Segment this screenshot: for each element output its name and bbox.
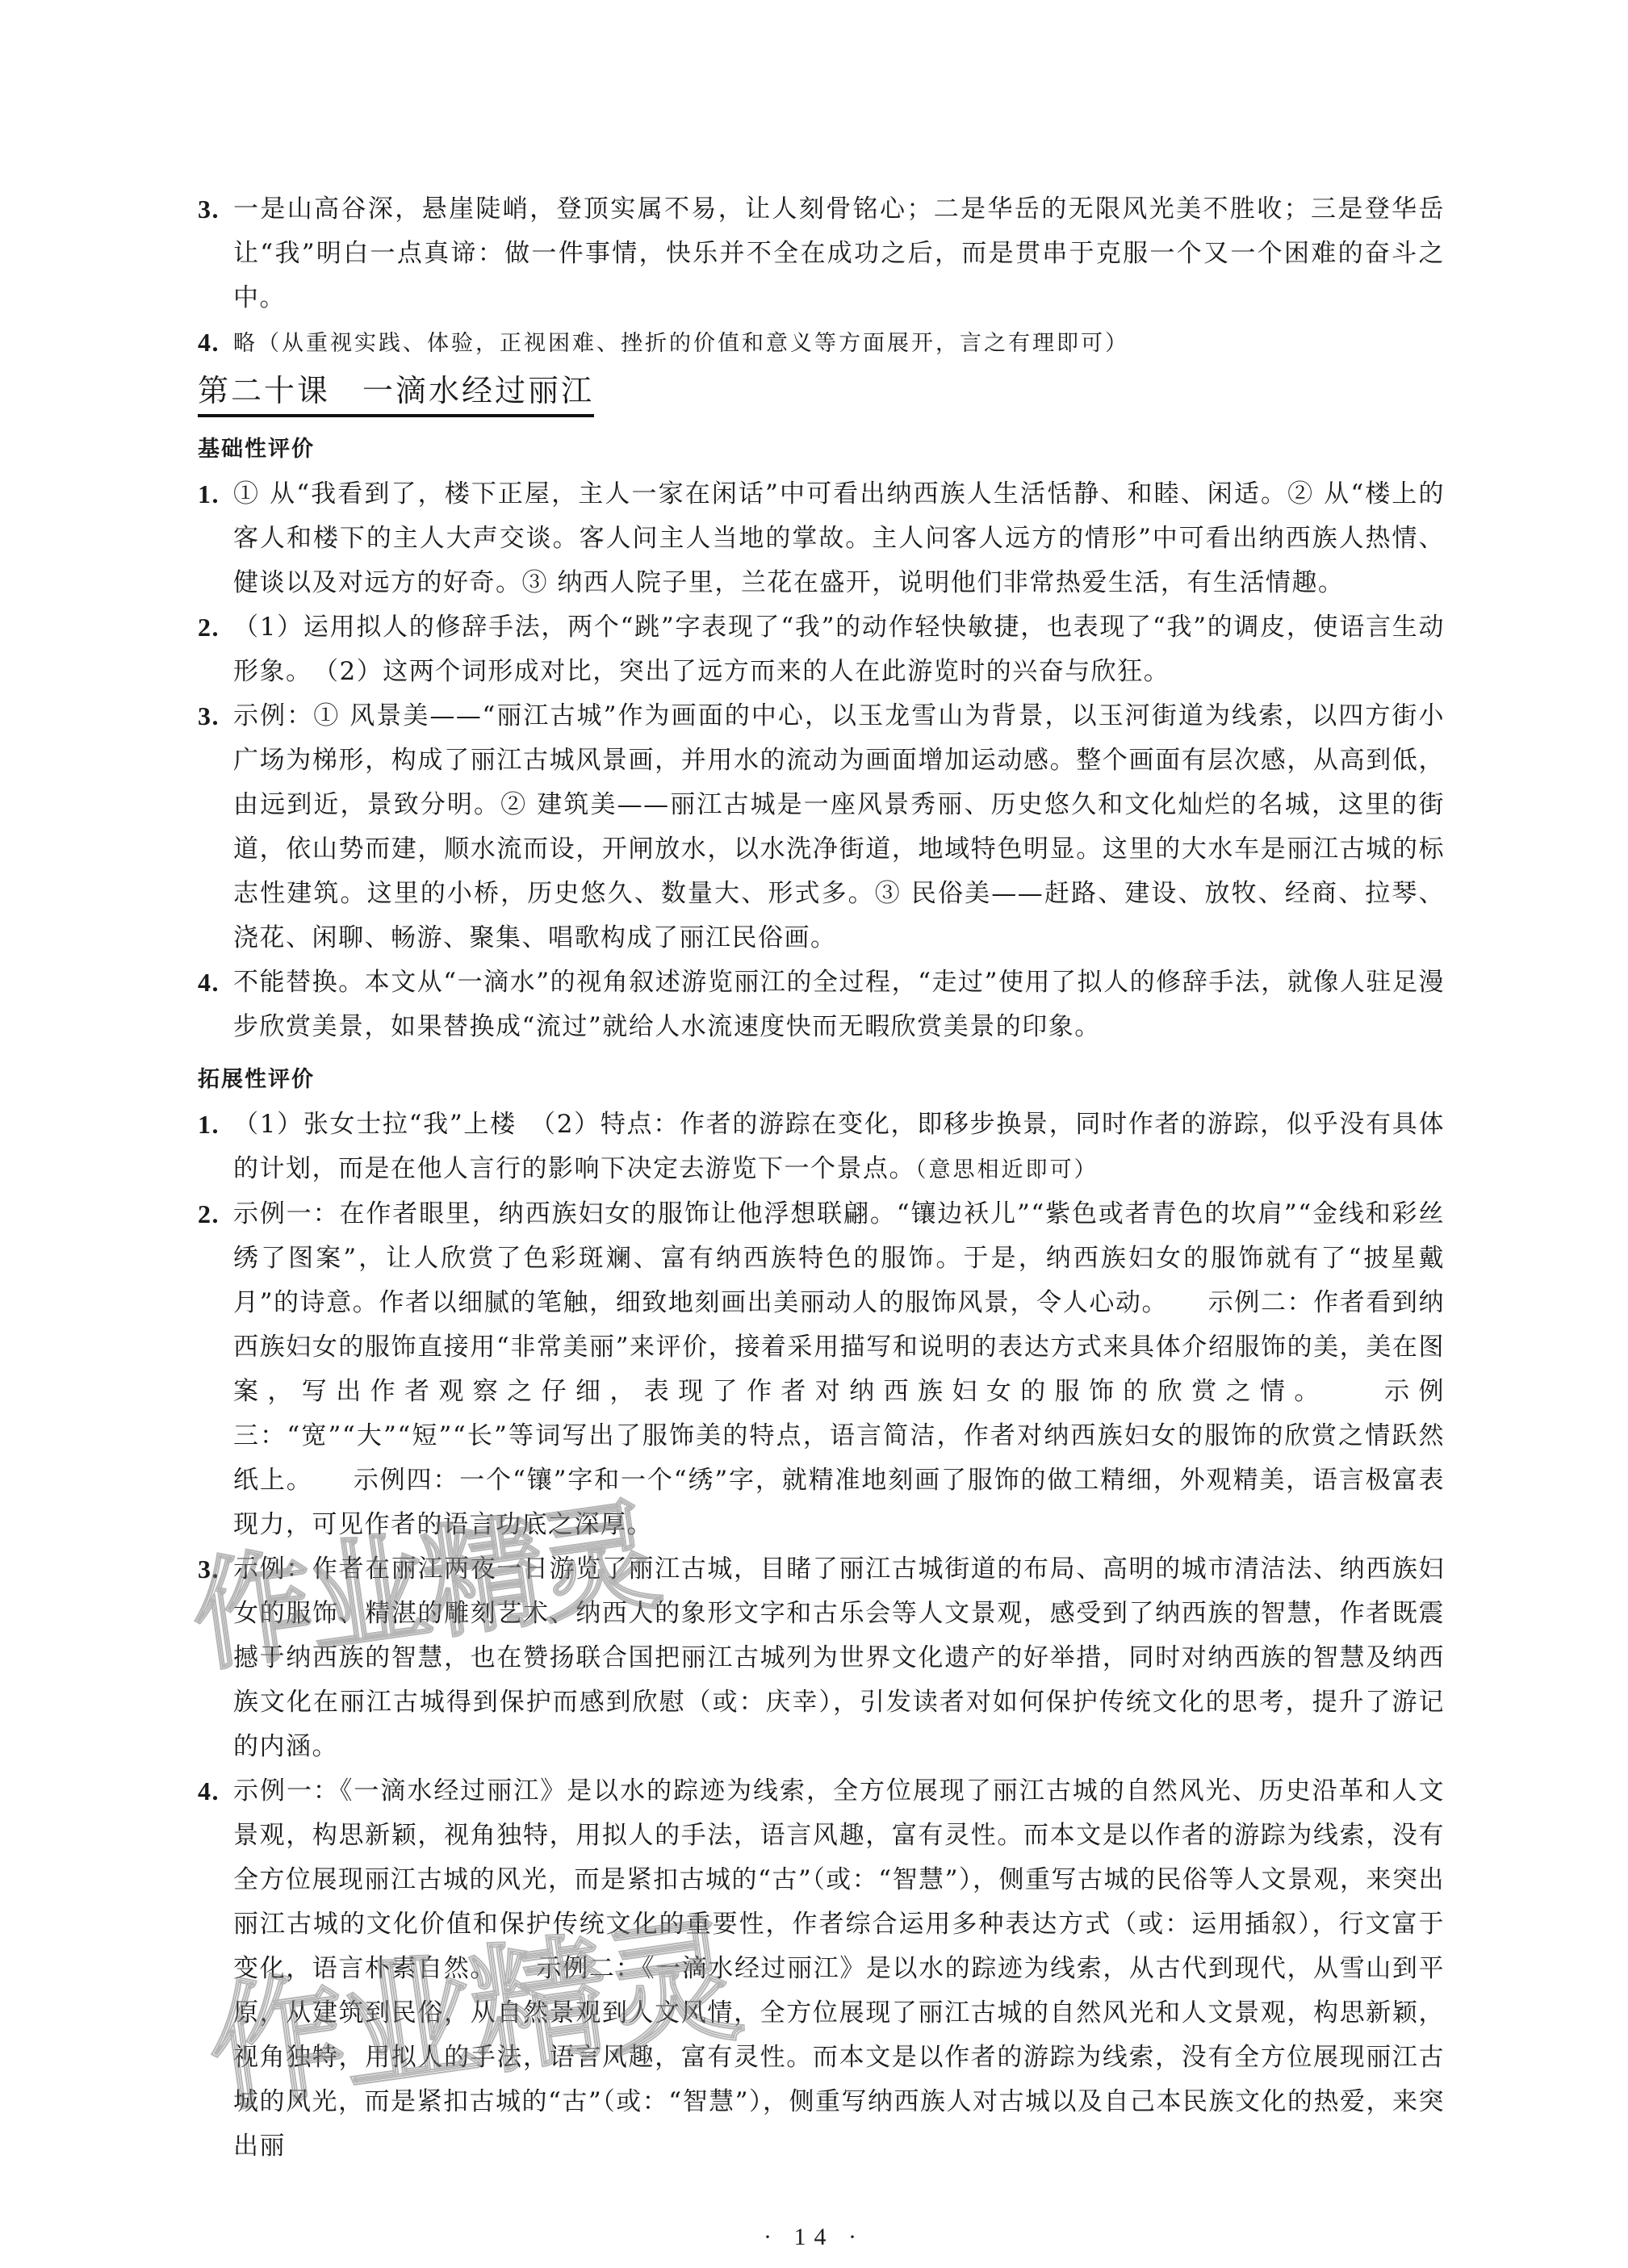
basic-answer-1: 1. ① 从“我看到了，楼下正屋，主人一家在闲话”中可看出纳西族人生活恬静、和睦… <box>198 472 1445 605</box>
basic-answer-2: 2. （1）运用拟人的修辞手法，两个“跳”字表现了“我”的动作轻快敏捷，也表现了… <box>198 605 1445 694</box>
basic-answer-4: 4. 不能替换。本文从“一滴水”的视角叙述游览丽江的全过程，“走过”使用了拟人的… <box>198 960 1445 1049</box>
section-title-extended: 拓展性评价 <box>198 1057 1445 1103</box>
section-title-basic: 基础性评价 <box>198 427 1445 472</box>
extended-answer-3: 3. 示例：作者在丽江两夜一日游览了丽江古城，目睹了丽江古城街道的布局、高明的城… <box>198 1547 1445 1769</box>
item-text: 不能替换。本文从“一滴水”的视角叙述游览丽江的全过程，“走过”使用了拟人的修辞手… <box>233 968 1445 1041</box>
item-note: （意思相近即可） <box>915 1157 1099 1182</box>
item-text: 示例：作者在丽江两夜一日游览了丽江古城，目睹了丽江古城街道的布局、高明的城市清洁… <box>233 1555 1445 1761</box>
item-text: 略（从重视实践、体验，正视困难、挫折的价值和意义等方面展开，言之有理即可） <box>233 331 1129 356</box>
item-number: 2. <box>198 605 220 650</box>
basic-answer-3: 3. 示例：① 风景美——“丽江古城”作为画面的中心，以玉龙雪山为背景，以玉河街… <box>198 694 1445 960</box>
page-number: · 14 · <box>0 2224 1628 2251</box>
item-text: ① 从“我看到了，楼下正屋，主人一家在闲话”中可看出纳西族人生活恬静、和睦、闲适… <box>233 479 1445 597</box>
item-number: 3. <box>198 1547 220 1592</box>
item-text: 示例一：《一滴水经过丽江》是以水的踪迹为线索，全方位展现了丽江古城的自然风光、历… <box>233 1776 1445 2161</box>
item-text: （1）运用拟人的修辞手法，两个“跳”字表现了“我”的动作轻快敏捷，也表现了“我”… <box>233 613 1445 686</box>
item-number: 4. <box>198 320 220 365</box>
item-number: 1. <box>198 472 220 517</box>
item-number: 1. <box>198 1103 220 1147</box>
prev-answer-4: 4. 略（从重视实践、体验，正视困难、挫折的价值和意义等方面展开，言之有理即可） <box>198 320 1445 366</box>
item-text: 示例一：在作者眼里，纳西族妇女的服饰让他浮想联翩。“镶边袄儿”“紫色或者青色的坎… <box>233 1199 1445 1539</box>
extended-answer-2: 2. 示例一：在作者眼里，纳西族妇女的服饰让他浮想联翩。“镶边袄儿”“紫色或者青… <box>198 1192 1445 1547</box>
lesson-number: 第二十课 <box>198 373 330 408</box>
item-number: 3. <box>198 694 220 739</box>
item-text: 示例：① 风景美——“丽江古城”作为画面的中心，以玉龙雪山为背景，以玉河街道为线… <box>233 701 1445 952</box>
item-number: 4. <box>198 1769 220 1814</box>
extended-answer-4: 4. 示例一：《一滴水经过丽江》是以水的踪迹为线索，全方位展现了丽江古城的自然风… <box>198 1769 1445 2169</box>
lesson-name: 一滴水经过丽江 <box>362 373 594 408</box>
item-text: 一是山高谷深，悬崖陡峭，登顶实属不易，让人刻骨铭心；二是华岳的无限风光美不胜收；… <box>233 195 1445 312</box>
item-text: （1）张女士拉“我”上楼 （2）特点：作者的游踪在变化，即移步换景，同时作者的游… <box>233 1110 1445 1183</box>
answer-page: 3. 一是山高谷深，悬崖陡峭，登顶实属不易，让人刻骨铭心；二是华岳的无限风光美不… <box>198 187 1445 2169</box>
extended-answer-1: 1. （1）张女士拉“我”上楼 （2）特点：作者的游踪在变化，即移步换景，同时作… <box>198 1103 1445 1192</box>
item-number: 2. <box>198 1192 220 1237</box>
item-number: 4. <box>198 960 220 1005</box>
prev-answer-3: 3. 一是山高谷深，悬崖陡峭，登顶实属不易，让人刻骨铭心；二是华岳的无限风光美不… <box>198 187 1445 320</box>
lesson-title: 第二十课一滴水经过丽江 <box>198 369 594 417</box>
item-number: 3. <box>198 187 220 232</box>
